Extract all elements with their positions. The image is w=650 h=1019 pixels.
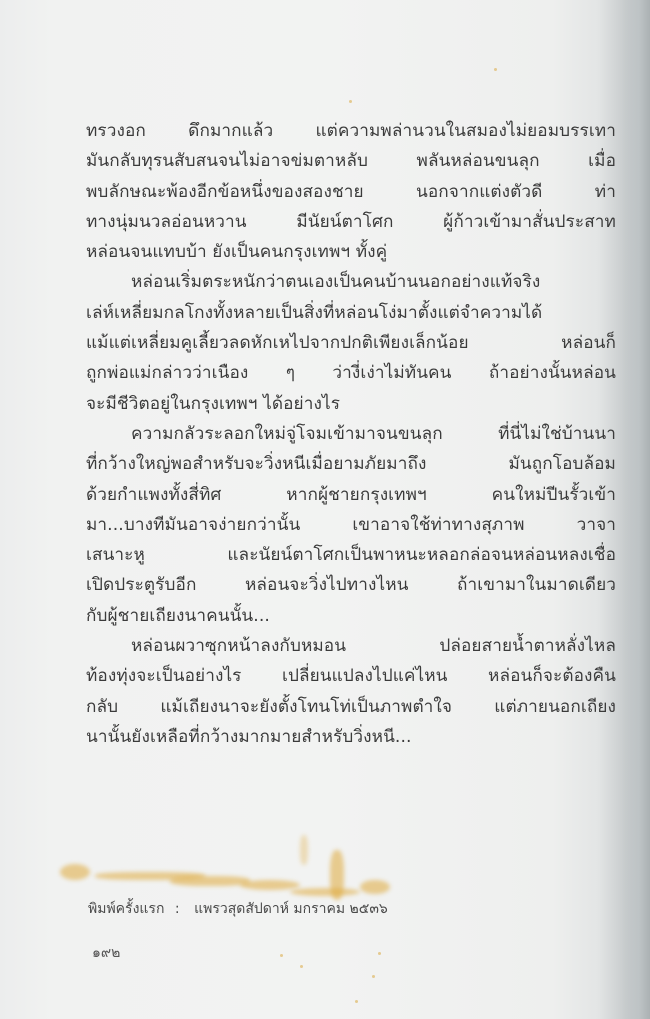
stain-mark [360,880,390,894]
text-line: ความกลัวระลอกใหม่จู่โจมเข้ามาจนขนลุก ที่… [86,419,616,449]
text-line: ทรวงอก ดึกมากแล้ว แต่ความพล่านวนในสมองไม… [86,116,616,146]
first-print-note: พิมพ์ครั้งแรก : แพรวสุดสัปดาห์ มกราคม ๒๕… [88,898,388,920]
text-line: พบลักษณะพ้องอีกข้อหนึ่งของสองชาย นอกจากแ… [86,177,616,207]
text-line: เสนาะหู และนัยน์ตาโศกเป็นพาหนะหลอกล่อจนห… [86,540,616,570]
stain-mark [240,880,300,890]
stain-speck [355,1000,358,1003]
imprint-separator: : [169,901,190,917]
stain-speck [378,952,381,955]
text-line: ท้องทุ่งจะเป็นอย่างไร เปลี่ยนแปลงไปแค่ไห… [86,661,616,691]
text-line: หล่อนจนแทบบ้า ยังเป็นคนกรุงเทพฯ ทั้งคู่ [86,237,616,267]
text-line: กับผู้ชายเถียงนาคนนั้น... [86,601,616,631]
text-line: แม้แต่เหลี่ยมคูเลี้ยวลดหักเหไปจากปกติเพี… [86,328,616,358]
stain-mark [300,835,308,865]
text-line: นานั้นยังเหลือที่กว้างมากมายสำหรับวิ่งหน… [86,722,616,752]
stain-mark [330,850,344,900]
stain-mark [290,888,360,896]
text-line: ทางนุ่มนวลอ่อนหวาน มีนัยน์ตาโศก ผู้ก้าวเ… [86,207,616,237]
text-line: เล่ห์เหลี่ยมกลโกงทั้งหลายเป็นสิ่งที่หล่อ… [86,298,616,328]
text-line: เปิดประตูรับอีก หล่อนจะวิ่งไปทางไหน ถ้าเ… [86,570,616,600]
text-line: มันกลับทุรนสับสนจนไม่อาจข่มตาหลับ พลันหล… [86,146,616,176]
text-line: จะมีชีวิตอยู่ในกรุงเทพฯ ได้อย่างไร [86,389,616,419]
imprint-label: พิมพ์ครั้งแรก [88,901,164,917]
stain-mark [170,876,250,886]
text-line: ถูกพ่อแม่กล่าวว่าเนือง ๆ ว่างี่เง่าไม่ทั… [86,358,616,388]
text-line: ที่กว้างใหญ่พอสำหรับจะวิ่งหนีเมื่อยามภัย… [86,449,616,479]
page-edge-shadow [622,0,650,1019]
page-number: ๑๙๒ [92,942,120,964]
imprint-publication: แพรวสุดสัปดาห์ [194,901,289,917]
stain-speck [349,100,352,103]
text-line: ด้วยกำแพงทั้งสี่ทิศ หากผู้ชายกรุงเทพฯ คน… [86,480,616,510]
stain-speck [494,68,497,71]
stain-speck [372,975,375,978]
text-line: มา...บางทีมันอาจง่ายกว่านั้น เขาอาจใช้ท่… [86,510,616,540]
text-line: หล่อนผวาซุกหน้าลงกับหมอน ปล่อยสายน้ำตาหล… [86,631,616,661]
imprint-date: มกราคม ๒๕๓๖ [293,901,387,917]
stain-mark [60,864,90,880]
text-line: กลับ แม้เถียงนาจะยังตั้งโทนโท่เป็นภาพตำใ… [86,692,616,722]
book-page: ทรวงอก ดึกมากแล้ว แต่ความพล่านวนในสมองไม… [0,0,650,1019]
body-text: ทรวงอก ดึกมากแล้ว แต่ความพล่านวนในสมองไม… [86,116,616,752]
text-line: หล่อนเริ่มตระหนักว่าตนเองเป็นคนบ้านนอกอย… [86,267,616,297]
stain-speck [280,954,283,957]
stain-speck [300,965,303,968]
